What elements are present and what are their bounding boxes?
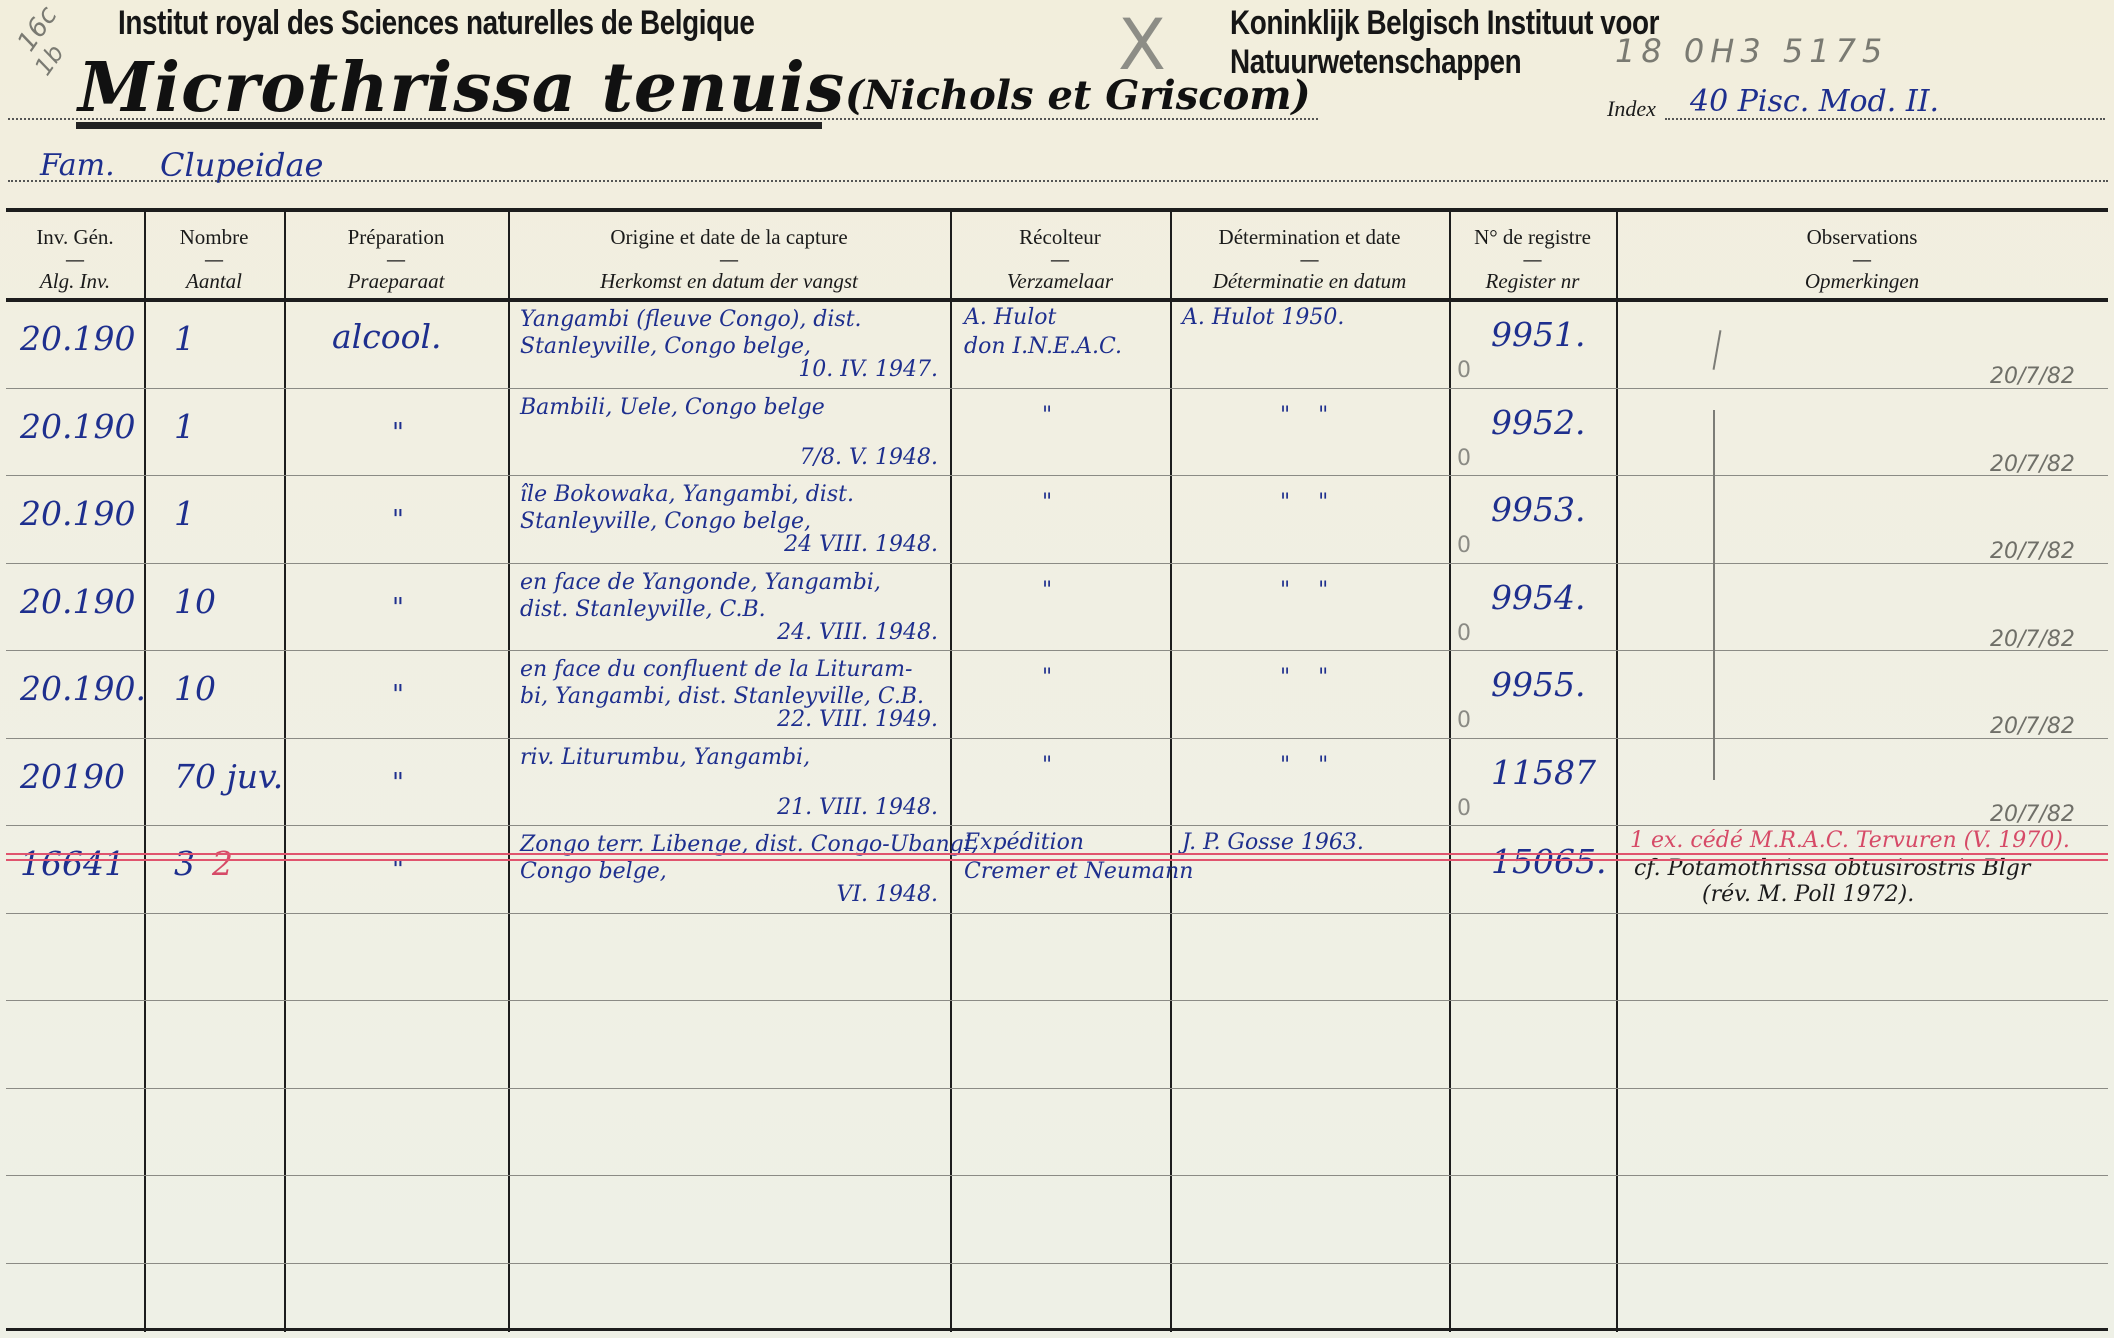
institute-name-fr: Institut royal des Sciences naturelles d…	[118, 4, 754, 43]
capture-date: 22. VIII. 1949.	[508, 706, 938, 733]
row-rule	[6, 1175, 2108, 1176]
column-header-fr: Préparation	[284, 224, 508, 250]
pencil-circle-mark: 0	[1457, 533, 1471, 558]
determination: " "	[1280, 402, 1328, 429]
column-header-fr: Observations	[1616, 224, 2108, 250]
column-header-nl: Déterminatie en datum	[1170, 268, 1449, 294]
specimen-count: 70 juv.	[174, 762, 283, 792]
red-strikethrough	[6, 859, 2108, 861]
capture-date: 24 VIII. 1948.	[508, 531, 938, 558]
family-label: Fam.	[40, 148, 115, 183]
table-row: 20.190.10"en face du confluent de la Lit…	[6, 650, 2108, 738]
determination: " "	[1280, 664, 1328, 691]
origin-line: riv. Liturumbu, Yangambi,	[520, 744, 810, 771]
origin-line: en face du confluent de la Lituram-	[520, 656, 912, 683]
preparation: "	[392, 418, 404, 448]
row-rule	[6, 1088, 2108, 1089]
collector: Expédition	[964, 829, 1084, 856]
column-header-6: Détermination et date—Déterminatie en da…	[1170, 214, 1449, 298]
register-number: 9951.	[1491, 320, 1585, 350]
collector: "	[1042, 752, 1052, 779]
column-header-nl: Herkomst en datum der vangst	[508, 268, 950, 294]
preparation: "	[392, 593, 404, 623]
origin-line: Yangambi (fleuve Congo), dist.	[520, 306, 862, 333]
origin-line: Bambili, Uele, Congo belge	[520, 394, 825, 421]
table-bottom-rule	[6, 1328, 2108, 1331]
determination: A. Hulot 1950.	[1182, 304, 1344, 331]
collector: don I.N.E.A.C.	[964, 333, 1122, 360]
column-header-7: N° de registre—Register nr	[1449, 214, 1616, 298]
family-value: Clupeidae	[160, 146, 323, 184]
column-header-nl: Alg. Inv.	[6, 268, 144, 294]
table-top-rule	[6, 208, 2108, 212]
column-header-nl: Aantal	[144, 268, 284, 294]
table-row: 20.19010"en face de Yangonde, Yangambi,d…	[6, 563, 2108, 651]
column-header-fr: Nombre	[144, 224, 284, 250]
observation-struck: 1 ex. cédé M.R.A.C. Tervuren (V. 1970).	[1630, 827, 2070, 854]
header-dash: —	[1170, 250, 1449, 268]
column-header-fr: Inv. Gén.	[6, 224, 144, 250]
column-header-8: Observations—Opmerkingen	[1616, 214, 2108, 298]
pencil-circle-mark: 0	[1457, 446, 1471, 471]
collector: Cremer et Neumann	[964, 858, 1193, 885]
specimen-count: 10	[174, 587, 216, 617]
column-header-fr: Détermination et date	[1170, 224, 1449, 250]
inv-number: 20.190	[20, 587, 135, 617]
row-rule	[6, 913, 2108, 914]
column-header-nl: Praeparaat	[284, 268, 508, 294]
column-header-4: Origine et date de la capture—Herkomst e…	[508, 214, 950, 298]
species-name: Microthrissa tenuis	[78, 48, 845, 128]
index-value: 40 Pisc. Mod. II.	[1690, 84, 1939, 119]
preparation: "	[392, 768, 404, 798]
review-date: 20/7/82	[1990, 802, 2075, 827]
column-header-nl: Verzamelaar	[950, 268, 1170, 294]
observation-line: (rév. M. Poll 1972).	[1702, 881, 1914, 908]
column-header-3: Préparation—Praeparaat	[284, 214, 508, 298]
review-date: 20/7/82	[1990, 452, 2075, 477]
table-row: 20.1901"Bambili, Uele, Congo belge7/8. V…	[6, 388, 2108, 476]
column-header-5: Récolteur—Verzamelaar	[950, 214, 1170, 298]
collector: "	[1042, 402, 1052, 429]
specimen-count: 1	[174, 412, 195, 442]
column-header-fr: N° de registre	[1449, 224, 1616, 250]
collector: "	[1042, 664, 1052, 691]
institute-name-nl: Koninklijk Belgisch Instituut voor Natuu…	[1230, 4, 1955, 82]
capture-date: 21. VIII. 1948.	[508, 794, 938, 821]
dotted-rule	[8, 118, 1318, 120]
header-dash: —	[950, 250, 1170, 268]
collector: A. Hulot	[964, 304, 1056, 331]
review-date: 20/7/82	[1990, 364, 2075, 389]
table-row: 20.1901"île Bokowaka, Yangambi, dist.Sta…	[6, 475, 2108, 563]
header-dash: —	[284, 250, 508, 268]
inv-number: 20.190	[20, 412, 135, 442]
row-rule	[6, 1000, 2108, 1001]
preparation: alcool.	[332, 322, 442, 352]
register-number: 9952.	[1491, 408, 1585, 438]
dotted-rule	[8, 180, 2108, 182]
review-date: 20/7/82	[1990, 539, 2075, 564]
capture-date: VI. 1948.	[508, 881, 938, 908]
pencil-bracket	[1713, 410, 1715, 780]
specimen-count: 1	[174, 324, 195, 354]
determination: " "	[1280, 489, 1328, 516]
register-number: 9953.	[1491, 495, 1585, 525]
inv-number: 20.190	[20, 324, 135, 354]
species-underline	[76, 122, 822, 129]
register-number: 9954.	[1491, 583, 1585, 613]
origin-line: île Bokowaka, Yangambi, dist.	[520, 481, 854, 508]
catalog-card: 16c 1b X 18 0H3 5175 Institut royal des …	[0, 0, 2114, 1338]
inv-number: 20.190	[20, 499, 135, 529]
register-number: 9955.	[1491, 670, 1585, 700]
review-date: 20/7/82	[1990, 714, 2075, 739]
table-row: 1664132"Zongo terr. Libenge, dist. Congo…	[6, 825, 2108, 913]
header-dash: —	[1449, 250, 1616, 268]
pencil-circle-mark: 0	[1457, 796, 1471, 821]
dotted-rule	[1665, 118, 2105, 120]
index-label: Index	[1607, 96, 1656, 122]
specimen-count: 1	[174, 499, 195, 529]
row-rule	[6, 1263, 2108, 1264]
table-row: 2019070 juv."riv. Liturumbu, Yangambi,21…	[6, 738, 2108, 826]
column-header-nl: Register nr	[1449, 268, 1616, 294]
pencil-circle-mark: 0	[1457, 621, 1471, 646]
review-date: 20/7/82	[1990, 627, 2075, 652]
column-header-1: Inv. Gén.—Alg. Inv.	[6, 214, 144, 298]
collector: "	[1042, 489, 1052, 516]
determination: " "	[1280, 577, 1328, 604]
determination: J. P. Gosse 1963.	[1182, 829, 1364, 856]
column-header-2: Nombre—Aantal	[144, 214, 284, 298]
register-number: 15065.	[1491, 847, 1606, 877]
header-dash: —	[6, 250, 144, 268]
capture-date: 10. IV. 1947.	[508, 356, 938, 383]
inv-number: 20190	[20, 762, 125, 792]
pencil-circle-mark: 0	[1457, 358, 1471, 383]
column-header-fr: Récolteur	[950, 224, 1170, 250]
inv-number: 20.190.	[20, 674, 146, 704]
pencil-circle-mark: 0	[1457, 708, 1471, 733]
specimen-table: Inv. Gén.—Alg. Inv.Nombre—AantalPréparat…	[6, 208, 2108, 1334]
collector: "	[1042, 577, 1052, 604]
specimen-count: 10	[174, 674, 216, 704]
species-authority: (Nichols et Griscom)	[845, 72, 1311, 119]
origin-line: en face de Yangonde, Yangambi,	[520, 569, 881, 596]
capture-date: 24. VIII. 1948.	[508, 619, 938, 646]
red-strikethrough	[6, 853, 2108, 855]
header-dash: —	[508, 250, 950, 268]
table-row: 20.1901alcool.Yangambi (fleuve Congo), d…	[6, 300, 2108, 388]
preparation: "	[392, 505, 404, 535]
header-dash: —	[1616, 250, 2108, 268]
capture-date: 7/8. V. 1948.	[508, 444, 938, 471]
column-header-nl: Opmerkingen	[1616, 268, 2108, 294]
determination: " "	[1280, 752, 1328, 779]
preparation: "	[392, 680, 404, 710]
register-number: 11587	[1491, 758, 1596, 788]
column-header-fr: Origine et date de la capture	[508, 224, 950, 250]
header-dash: —	[144, 250, 284, 268]
